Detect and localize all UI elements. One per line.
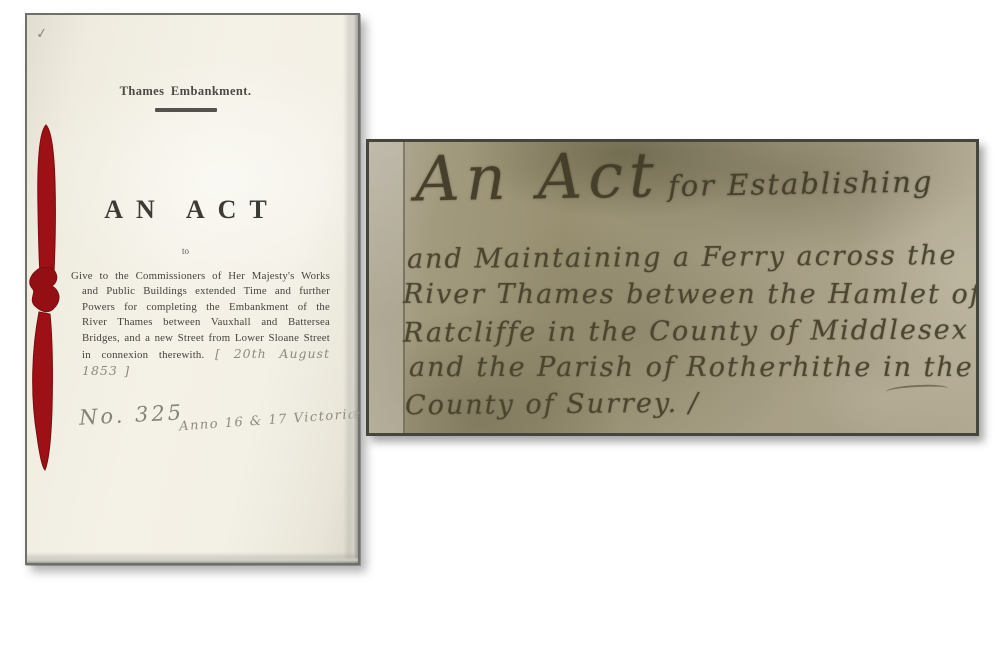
pamphlet-header: Thames Embankment. [27,84,344,99]
parchment-line: and the Parish of Rotherhithe in the — [409,352,979,383]
parchment-line: River Thames between the Hamlet of [403,279,979,310]
header-rule [155,108,217,112]
number-annotation: No. 325 [78,400,184,429]
red-ribbon-icon [28,122,62,474]
photo-scene: ✓ Thames Embankment. AN ACT to Give to t… [0,0,1000,657]
parchment-line: and Maintaining a Ferry across the [407,240,958,275]
page-edge [27,552,358,563]
act-subtitle: to [27,246,344,256]
ink-flourish [886,383,948,396]
pencil-tick-mark: ✓ [35,25,49,42]
parchment-line: Ratcliffe in the County of Middlesex — [403,314,979,348]
parchment-opening-rest: for Establishing [668,164,934,203]
parchment-opening-words: An Act [414,144,660,210]
parchment-margin-fold [369,142,405,433]
session-annotation: Anno 16 & 17 Victoriæ [179,407,362,435]
parchment-line: County of Surrey. / [405,388,700,422]
act-summary: Give to the Commissioners of Her Majesty… [71,269,330,381]
parchment-page: An Act for Establishing and Maintaining … [366,139,979,436]
act-title: AN ACT [27,195,344,225]
page-edge [343,15,358,563]
parchment-opening: An Act for Establishing [414,139,933,210]
pamphlet-page: ✓ Thames Embankment. AN ACT to Give to t… [25,13,360,565]
